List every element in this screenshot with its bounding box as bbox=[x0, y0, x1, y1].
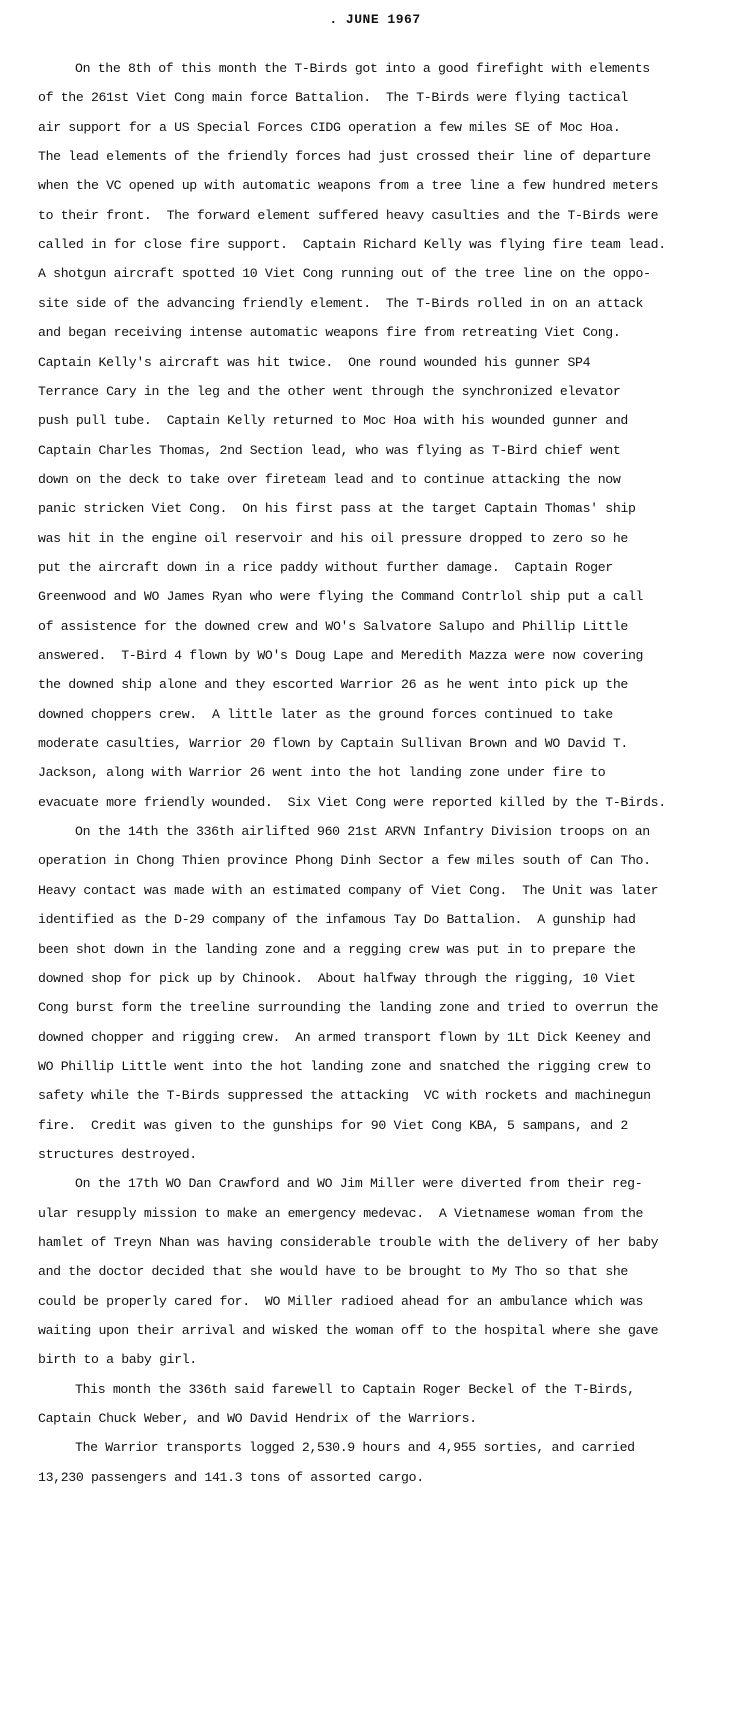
text-line: of assistence for the downed crew and WO… bbox=[38, 619, 628, 635]
text-line: could be properly cared for. WO Miller r… bbox=[38, 1294, 643, 1310]
text-line: answered. T-Bird 4 flown by WO's Doug La… bbox=[38, 648, 643, 664]
text-line: waiting upon their arrival and wisked th… bbox=[38, 1323, 658, 1339]
text-line: and began receiving intense automatic we… bbox=[38, 325, 620, 341]
text-line: Cong burst form the treeline surrounding… bbox=[38, 1000, 658, 1016]
text-line: operation in Chong Thien province Phong … bbox=[38, 853, 651, 869]
text-line: downed chopper and rigging crew. An arme… bbox=[38, 1030, 651, 1046]
text-line: down on the deck to take over fireteam l… bbox=[38, 472, 620, 488]
text-line: The Warrior transports logged 2,530.9 ho… bbox=[75, 1440, 635, 1456]
text-line: On the 14th the 336th airlifted 960 21st… bbox=[75, 824, 650, 840]
text-line: air support for a US Special Forces CIDG… bbox=[38, 120, 620, 136]
text-line: Captain Charles Thomas, 2nd Section lead… bbox=[38, 443, 620, 459]
text-line: moderate casulties, Warrior 20 flown by … bbox=[38, 736, 628, 752]
text-line: the downed ship alone and they escorted … bbox=[38, 677, 628, 693]
text-line: Terrance Cary in the leg and the other w… bbox=[38, 384, 620, 400]
text-line: Captain Kelly's aircraft was hit twice. … bbox=[38, 355, 590, 371]
text-line: was hit in the engine oil reservoir and … bbox=[38, 531, 628, 547]
text-line: Captain Chuck Weber, and WO David Hendri… bbox=[38, 1411, 477, 1427]
text-line: hamlet of Treyn Nhan was having consider… bbox=[38, 1235, 658, 1251]
text-line: safety while the T-Birds suppressed the … bbox=[38, 1088, 651, 1104]
text-line: Greenwood and WO James Ryan who were fly… bbox=[38, 589, 643, 605]
text-line: ular resupply mission to make an emergen… bbox=[38, 1206, 643, 1222]
text-line: structures destroyed. bbox=[38, 1147, 197, 1163]
text-line: birth to a baby girl. bbox=[38, 1352, 197, 1368]
text-line: downed shop for pick up by Chinook. Abou… bbox=[38, 971, 636, 987]
page-title: . JUNE 1967 bbox=[0, 12, 750, 27]
text-line: to their front. The forward element suff… bbox=[38, 208, 658, 224]
text-line: identified as the D-29 company of the in… bbox=[38, 912, 636, 928]
text-line: fire. Credit was given to the gunships f… bbox=[38, 1118, 628, 1134]
text-line: of the 261st Viet Cong main force Battal… bbox=[38, 90, 628, 106]
text-line: panic stricken Viet Cong. On his first p… bbox=[38, 501, 636, 517]
text-line: WO Phillip Little went into the hot land… bbox=[38, 1059, 651, 1075]
document-page: . JUNE 1967 On the 8th of this month the… bbox=[0, 0, 750, 1719]
text-line: called in for close fire support. Captai… bbox=[38, 237, 666, 253]
text-line: push pull tube. Captain Kelly returned t… bbox=[38, 413, 628, 429]
text-line: 13,230 passengers and 141.3 tons of asso… bbox=[38, 1470, 424, 1486]
text-line: Heavy contact was made with an estimated… bbox=[38, 883, 658, 899]
text-line: Jackson, along with Warrior 26 went into… bbox=[38, 765, 605, 781]
text-line: been shot down in the landing zone and a… bbox=[38, 942, 636, 958]
text-line: On the 8th of this month the T-Birds got… bbox=[75, 61, 650, 77]
text-line: On the 17th WO Dan Crawford and WO Jim M… bbox=[75, 1176, 642, 1192]
text-line: put the aircraft down in a rice paddy wi… bbox=[38, 560, 613, 576]
text-line: This month the 336th said farewell to Ca… bbox=[75, 1382, 635, 1398]
text-line: A shotgun aircraft spotted 10 Viet Cong … bbox=[38, 266, 651, 282]
text-line: downed choppers crew. A little later as … bbox=[38, 707, 613, 723]
text-line: The lead elements of the friendly forces… bbox=[38, 149, 651, 165]
text-line: when the VC opened up with automatic wea… bbox=[38, 178, 658, 194]
text-line: site side of the advancing friendly elem… bbox=[38, 296, 643, 312]
text-line: and the doctor decided that she would ha… bbox=[38, 1264, 628, 1280]
text-line: evacuate more friendly wounded. Six Viet… bbox=[38, 795, 666, 811]
